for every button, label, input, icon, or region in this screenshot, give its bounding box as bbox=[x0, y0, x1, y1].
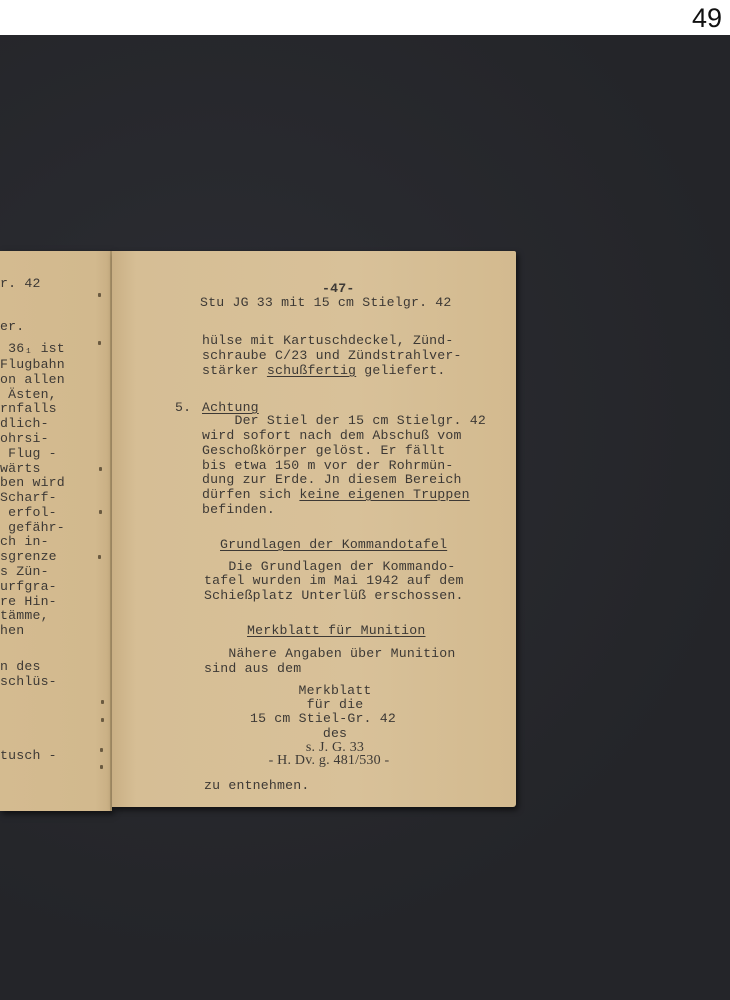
left-line: gefähr- bbox=[0, 520, 65, 535]
left-line: rnfalls bbox=[0, 401, 57, 416]
staple-hole bbox=[100, 748, 103, 752]
citation-line: für die bbox=[200, 697, 470, 712]
body-line: dung zur Erde. Jn diesem Bereich bbox=[202, 472, 462, 487]
body-line: befinden. bbox=[202, 502, 275, 517]
staple-hole bbox=[101, 718, 104, 722]
body-line: tafel wurden im Mai 1942 auf dem bbox=[204, 573, 464, 588]
running-header: Stu JG 33 mit 15 cm Stielgr. 42 bbox=[200, 295, 452, 310]
body-line: bis etwa 150 m vor der Rohrmün- bbox=[202, 458, 454, 473]
section-number: 5. bbox=[175, 400, 191, 415]
citation-line: 15 cm Stiel-Gr. 42 bbox=[188, 711, 458, 726]
left-line: Flugbahn bbox=[0, 357, 65, 372]
left-line: Scharf- bbox=[0, 490, 57, 505]
staple-hole bbox=[99, 510, 102, 514]
citation-line: des bbox=[200, 726, 470, 741]
text-span: stärker bbox=[202, 363, 267, 378]
left-line: Ästen, bbox=[0, 387, 57, 402]
body-line: Schießplatz Unterlüß erschossen. bbox=[204, 588, 464, 603]
body-line: schraube C/23 und Zündstrahlver- bbox=[202, 348, 462, 363]
section-heading: Merkblatt für Munition bbox=[247, 623, 426, 638]
citation-line: Merkblatt bbox=[200, 683, 470, 698]
scan-header-bar: 49 bbox=[0, 0, 730, 35]
text-span: dürfen sich bbox=[202, 487, 299, 502]
left-line: tämme, bbox=[0, 608, 49, 623]
body-line: dürfen sich keine eigenen Truppen bbox=[202, 487, 470, 502]
page-marker: -47- bbox=[322, 281, 354, 296]
staple-hole bbox=[99, 467, 102, 471]
left-line: re Hin- bbox=[0, 594, 57, 609]
closing-line: zu entnehmen. bbox=[204, 778, 309, 793]
left-line: urfgra- bbox=[0, 579, 57, 594]
body-line: Die Grundlagen der Kommando- bbox=[204, 559, 456, 574]
body-line: Geschoßkörper gelöst. Er fällt bbox=[202, 443, 445, 458]
text-span: geliefert. bbox=[356, 363, 445, 378]
body-line: sind aus dem bbox=[204, 661, 301, 676]
staple-hole bbox=[100, 765, 103, 769]
left-line: sgrenze bbox=[0, 549, 57, 564]
staple-hole bbox=[98, 293, 101, 297]
left-line: schlüs- bbox=[0, 674, 57, 689]
body-line: Der Stiel der 15 cm Stielgr. 42 bbox=[202, 413, 486, 428]
body-line: wird sofort nach dem Abschuß vom bbox=[202, 428, 462, 443]
left-line: er. bbox=[0, 319, 24, 334]
staple-hole bbox=[98, 341, 101, 345]
scan-page-number: 49 bbox=[692, 2, 722, 34]
left-line: hen bbox=[0, 623, 24, 638]
left-line: r. 42 bbox=[0, 276, 41, 291]
left-line: wärts bbox=[0, 461, 41, 476]
left-line: erfol- bbox=[0, 505, 57, 520]
citation-line: - H. Dv. g. 481/530 - bbox=[194, 753, 464, 768]
left-line: tusch - bbox=[0, 748, 57, 763]
left-line: ohrsi- bbox=[0, 431, 49, 446]
section-heading: Grundlagen der Kommandotafel bbox=[220, 537, 447, 552]
left-line: 36₁ ist bbox=[0, 341, 65, 356]
body-line: Nähere Angaben über Munition bbox=[204, 646, 456, 661]
body-line: stärker schußfertig geliefert. bbox=[202, 363, 445, 378]
staple-hole bbox=[101, 700, 104, 704]
left-line: ch in- bbox=[0, 534, 49, 549]
left-line: s Zün- bbox=[0, 564, 49, 579]
body-line: hülse mit Kartuschdeckel, Zünd- bbox=[202, 333, 454, 348]
left-line: Flug - bbox=[0, 446, 57, 461]
staple-hole bbox=[98, 555, 101, 559]
left-line: n des bbox=[0, 659, 41, 674]
left-line: dlich- bbox=[0, 416, 49, 431]
left-line: on allen bbox=[0, 372, 65, 387]
left-line: ben wird bbox=[0, 475, 65, 490]
underlined-text: schußfertig bbox=[267, 363, 356, 378]
underlined-warning: keine eigenen Truppen bbox=[299, 487, 469, 502]
